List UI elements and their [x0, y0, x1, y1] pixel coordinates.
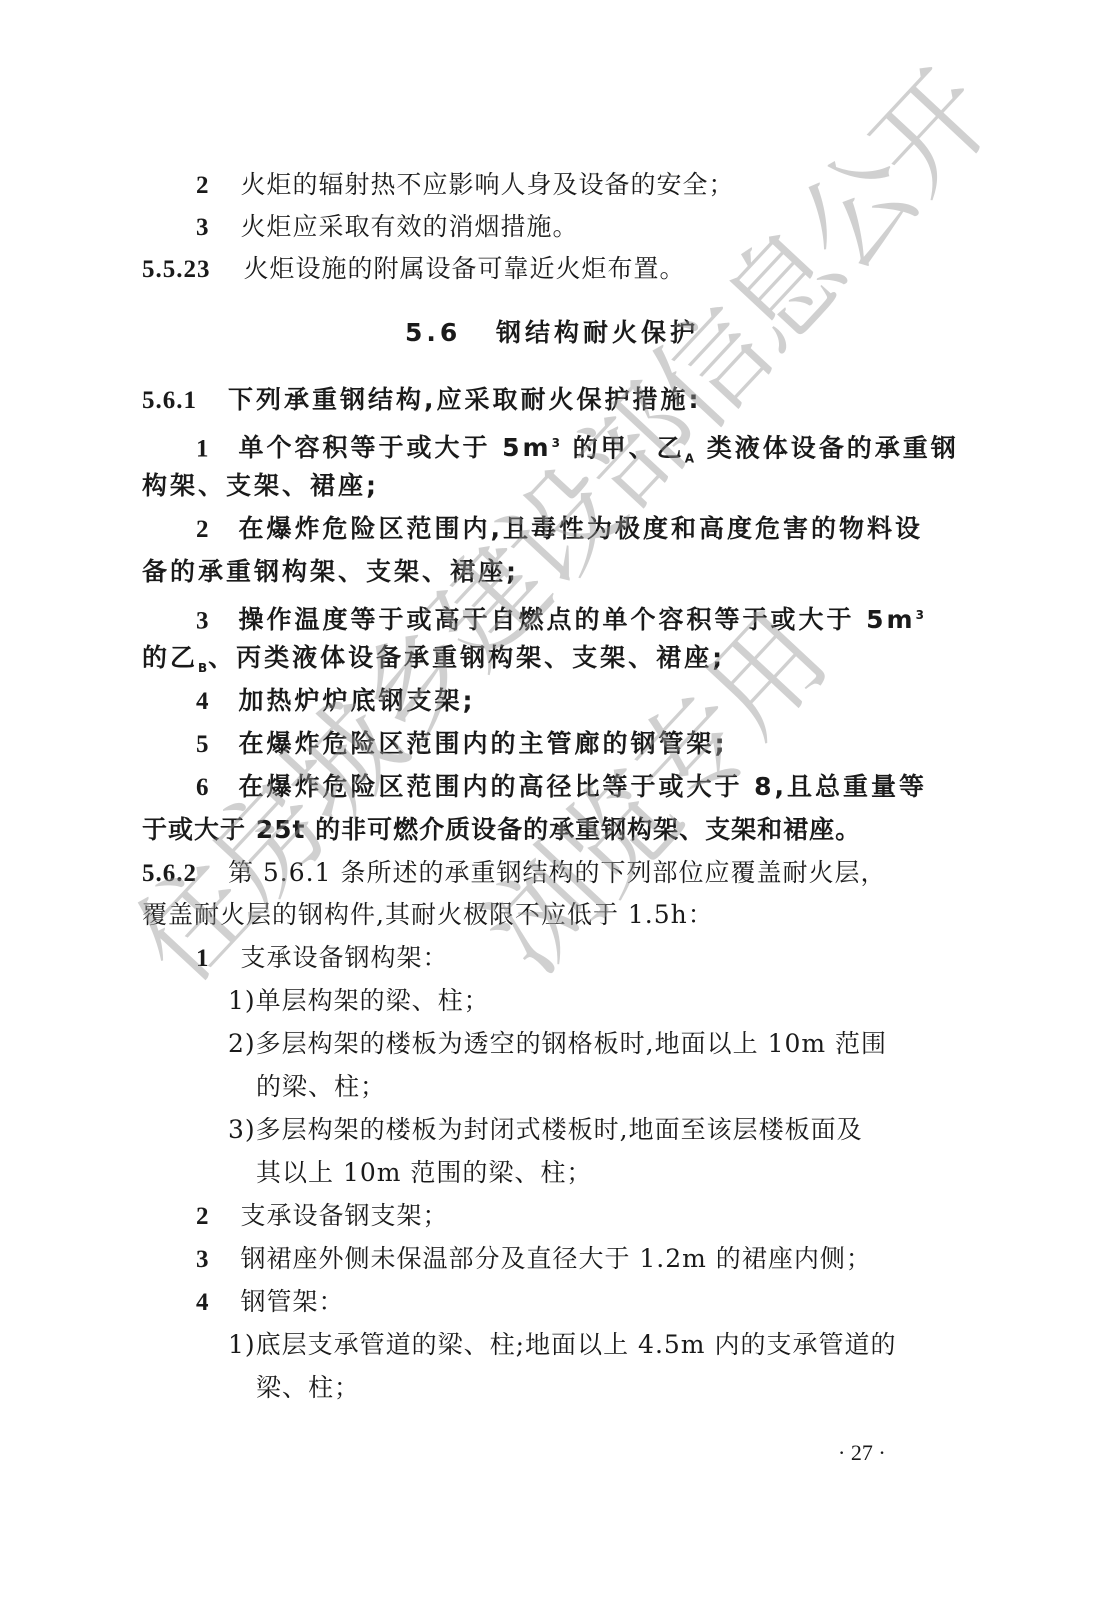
list-item: 3 火炬应采取有效的消烟措施。	[196, 212, 578, 243]
item-text: 加热炉炉底钢支架;	[238, 686, 475, 715]
clause-text: 下列承重钢结构,应采取耐火保护措施:	[228, 385, 702, 414]
item-text-continued: 的乙B、丙类液体设备承重钢构架、支架、裙座;	[142, 643, 725, 683]
superscript: 3	[552, 436, 561, 450]
item-text: 类液体设备的承重钢	[695, 433, 959, 462]
subscript: B	[198, 661, 208, 675]
clause-number: 5.6.2	[142, 860, 197, 887]
sub-item-label: 2)	[228, 1029, 256, 1058]
sub-item-text-continued: 其以上 10m 范围的梁、柱；	[256, 1158, 592, 1188]
sub-item-text-continued: 梁、柱；	[256, 1373, 360, 1403]
superscript: 3	[916, 608, 925, 622]
sub-item: 3)多层构架的楼板为封闭式楼板时,地面至该层楼板面及	[228, 1115, 863, 1145]
item-number: 3	[196, 1246, 210, 1273]
item-text: 支承设备钢构架：	[240, 943, 448, 972]
item-text: 的甲、乙	[561, 433, 685, 462]
item-number: 4	[196, 688, 210, 715]
sub-item-label: 1)	[228, 1330, 256, 1359]
item-number: 6	[196, 774, 210, 801]
list-item: 3 操作温度等于或高于自燃点的单个容积等于或大于 5m3	[196, 600, 925, 636]
clause-text: 第 5.6.1 条所述的承重钢结构的下列部位应覆盖耐火层，	[228, 858, 887, 887]
sub-item-text: 多层构架的楼板为透空的钢格板时,地面以上 10m 范围	[256, 1029, 887, 1058]
clause-number: 5.5.23	[142, 256, 211, 283]
item-text: 在爆炸危险区范围内的主管廊的钢管架;	[238, 729, 727, 758]
page-number: · 27 ·	[838, 1440, 886, 1466]
clause-text-continued: 覆盖耐火层的钢构件,其耐火极限不应低于 1.5h：	[142, 900, 714, 930]
item-text-continued: 于或大于 25t 的非可燃介质设备的承重钢构架、支架和裙座。	[142, 815, 861, 845]
list-item: 4 加热炉炉底钢支架;	[196, 686, 475, 717]
section-heading: 5.6 钢结构耐火保护	[405, 318, 699, 348]
sub-item-text: 底层支承管道的梁、柱;地面以上 4.5m 内的支承管道的	[256, 1330, 897, 1359]
list-item: 3 钢裙座外侧未保温部分及直径大于 1.2m 的裙座内侧；	[196, 1244, 872, 1275]
sub-item-text-continued: 的梁、柱；	[256, 1072, 386, 1102]
item-number: 2	[196, 172, 210, 199]
item-text-continued: 构架、支架、裙座;	[142, 471, 379, 501]
sub-item: 1)单层构架的梁、柱；	[228, 986, 490, 1016]
item-number: 3	[196, 607, 210, 634]
clause-number: 5.6.1	[142, 387, 197, 414]
subscript: A	[685, 451, 695, 465]
item-text: 支承设备钢支架；	[240, 1201, 448, 1230]
clause-5-6-2: 5.6.2 第 5.6.1 条所述的承重钢结构的下列部位应覆盖耐火层，	[142, 858, 886, 889]
item-number: 2	[196, 1203, 210, 1230]
clause-5-6-1: 5.6.1 下列承重钢结构,应采取耐火保护措施:	[142, 385, 701, 416]
sub-item: 2)多层构架的楼板为透空的钢格板时,地面以上 10m 范围	[228, 1029, 887, 1059]
clause-5-5-23: 5.5.23 火炬设施的附属设备可靠近火炬布置。	[142, 254, 685, 285]
list-item: 6 在爆炸危险区范围内的高径比等于或大于 8,且总重量等	[196, 772, 927, 803]
sub-item-text: 多层构架的楼板为封闭式楼板时,地面至该层楼板面及	[256, 1115, 863, 1144]
item-number: 4	[196, 1289, 210, 1316]
document-page: 2 火炬的辐射热不应影响人身及设备的安全； 3 火炬应采取有效的消烟措施。 5.…	[0, 0, 1102, 1598]
item-text: 操作温度等于或高于自燃点的单个容积等于或大于 5m	[238, 605, 915, 634]
list-item: 2 支承设备钢支架；	[196, 1201, 448, 1232]
list-item: 5 在爆炸危险区范围内的主管廊的钢管架;	[196, 729, 727, 760]
list-item: 1 单个容积等于或大于 5m3 的甲、乙A 类液体设备的承重钢	[196, 428, 959, 473]
list-item: 2 在爆炸危险区范围内,且毒性为极度和高度危害的物料设	[196, 514, 923, 545]
list-item: 1 支承设备钢构架：	[196, 943, 448, 974]
item-text: 的乙	[142, 643, 198, 672]
item-number: 1	[196, 435, 210, 462]
item-text: 火炬应采取有效的消烟措施。	[240, 212, 578, 241]
list-item: 2 火炬的辐射热不应影响人身及设备的安全；	[196, 170, 734, 201]
clause-text: 火炬设施的附属设备可靠近火炬布置。	[243, 254, 685, 283]
item-text: 钢管架：	[240, 1287, 344, 1316]
item-text: 、丙类液体设备承重钢构架、支架、裙座;	[208, 643, 725, 672]
item-text: 火炬的辐射热不应影响人身及设备的安全；	[240, 170, 734, 199]
sub-item-label: 3)	[228, 1115, 256, 1144]
item-number: 3	[196, 214, 210, 241]
item-text: 在爆炸危险区范围内的高径比等于或大于 8,且总重量等	[238, 772, 927, 801]
section-title: 钢结构耐火保护	[496, 318, 699, 347]
item-number: 5	[196, 731, 210, 758]
item-number: 1	[196, 945, 210, 972]
sub-item: 1)底层支承管道的梁、柱;地面以上 4.5m 内的支承管道的	[228, 1330, 896, 1360]
item-number: 2	[196, 516, 210, 543]
sub-item-label: 1)	[228, 986, 256, 1015]
item-text-continued: 备的承重钢构架、支架、裙座;	[142, 557, 519, 587]
list-item: 4 钢管架：	[196, 1287, 344, 1318]
item-text: 钢裙座外侧未保温部分及直径大于 1.2m 的裙座内侧；	[240, 1244, 871, 1273]
item-text: 单个容积等于或大于 5m	[238, 433, 551, 462]
section-number: 5.6	[405, 318, 461, 347]
item-text: 在爆炸危险区范围内,且毒性为极度和高度危害的物料设	[238, 514, 923, 543]
sub-item-text: 单层构架的梁、柱；	[256, 986, 490, 1015]
